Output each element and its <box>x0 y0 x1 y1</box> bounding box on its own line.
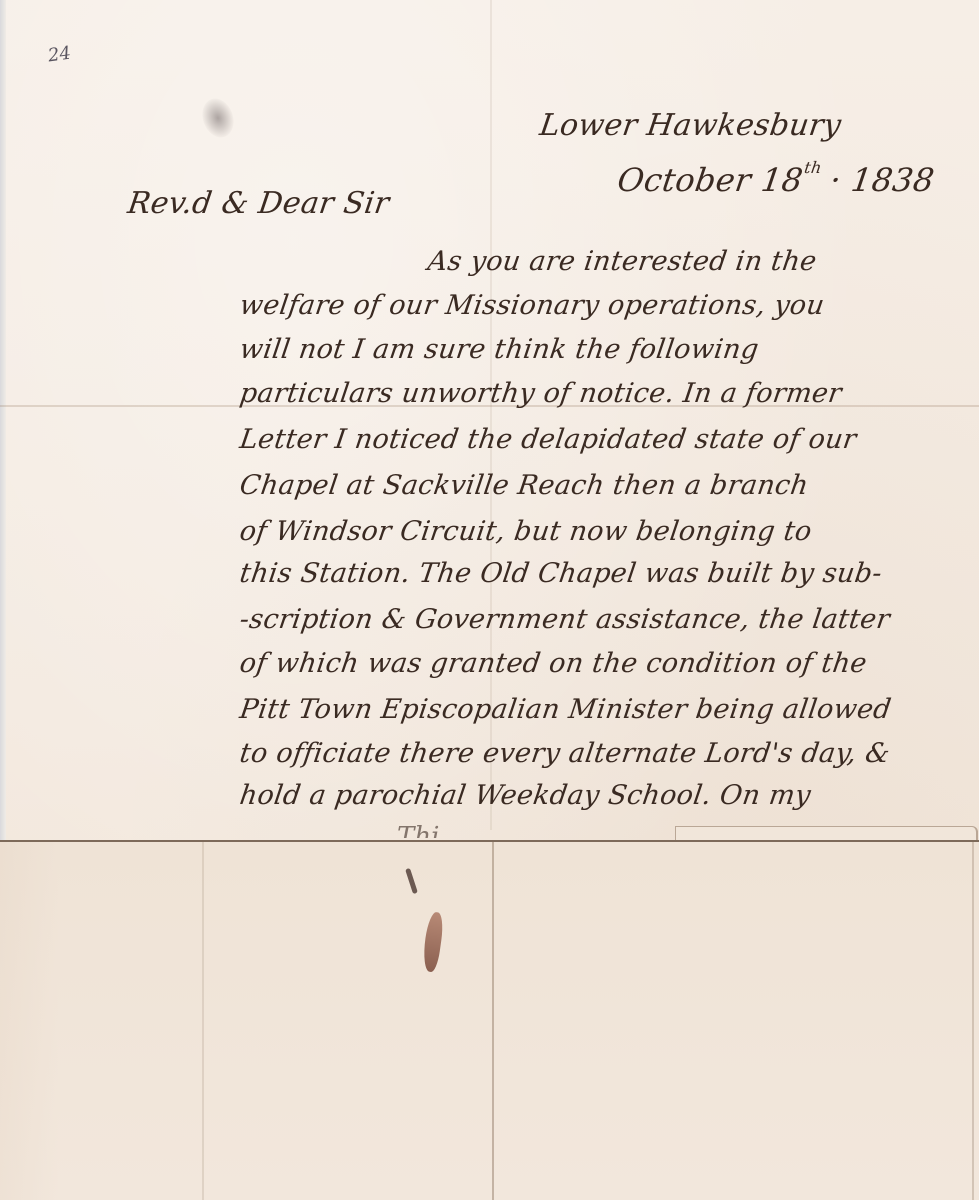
body-line: particulars unworthy of notice. In a for… <box>238 378 844 409</box>
folded-lower-panel <box>0 840 979 1200</box>
ink-smudge <box>197 94 239 142</box>
body-line: will not I am sure think the following <box>238 334 761 365</box>
fold-crease <box>202 842 204 1200</box>
date-month-day: October 18 <box>615 161 805 199</box>
body-line: to officiate there every alternate Lord'… <box>238 738 892 769</box>
archive-number: 24 <box>47 43 73 67</box>
letter-date: October 18th · 1838 <box>615 158 937 199</box>
body-line: Letter I noticed the delapidated state o… <box>238 424 859 455</box>
body-line: -scription & Government assistance, the … <box>238 604 892 635</box>
fold-crease <box>972 842 974 1200</box>
salutation: Rev.d & Dear Sir <box>126 186 392 221</box>
body-line: As you are interested in the <box>426 246 819 277</box>
body-line: this Station. The Old Chapel was built b… <box>238 558 884 589</box>
body-line: welfare of our Missionary operations, yo… <box>238 290 827 321</box>
date-year: · 1838 <box>828 161 937 199</box>
fold-crease <box>492 842 494 1200</box>
body-line: of which was granted on the condition of… <box>238 648 869 679</box>
body-line: Chapel at Sackville Reach then a branch <box>238 470 811 501</box>
body-line: hold a parochial Weekday School. On my <box>238 780 813 811</box>
letter-place: Lower Hawkesbury <box>538 108 844 143</box>
letter-page: 24 Lower Hawkesbury October 18th · 1838 … <box>0 0 979 1200</box>
date-ordinal: th <box>803 158 823 177</box>
body-line: of Windsor Circuit, but now belonging to <box>238 516 814 547</box>
body-line: Pitt Town Episcopalian Minister being al… <box>238 694 893 725</box>
